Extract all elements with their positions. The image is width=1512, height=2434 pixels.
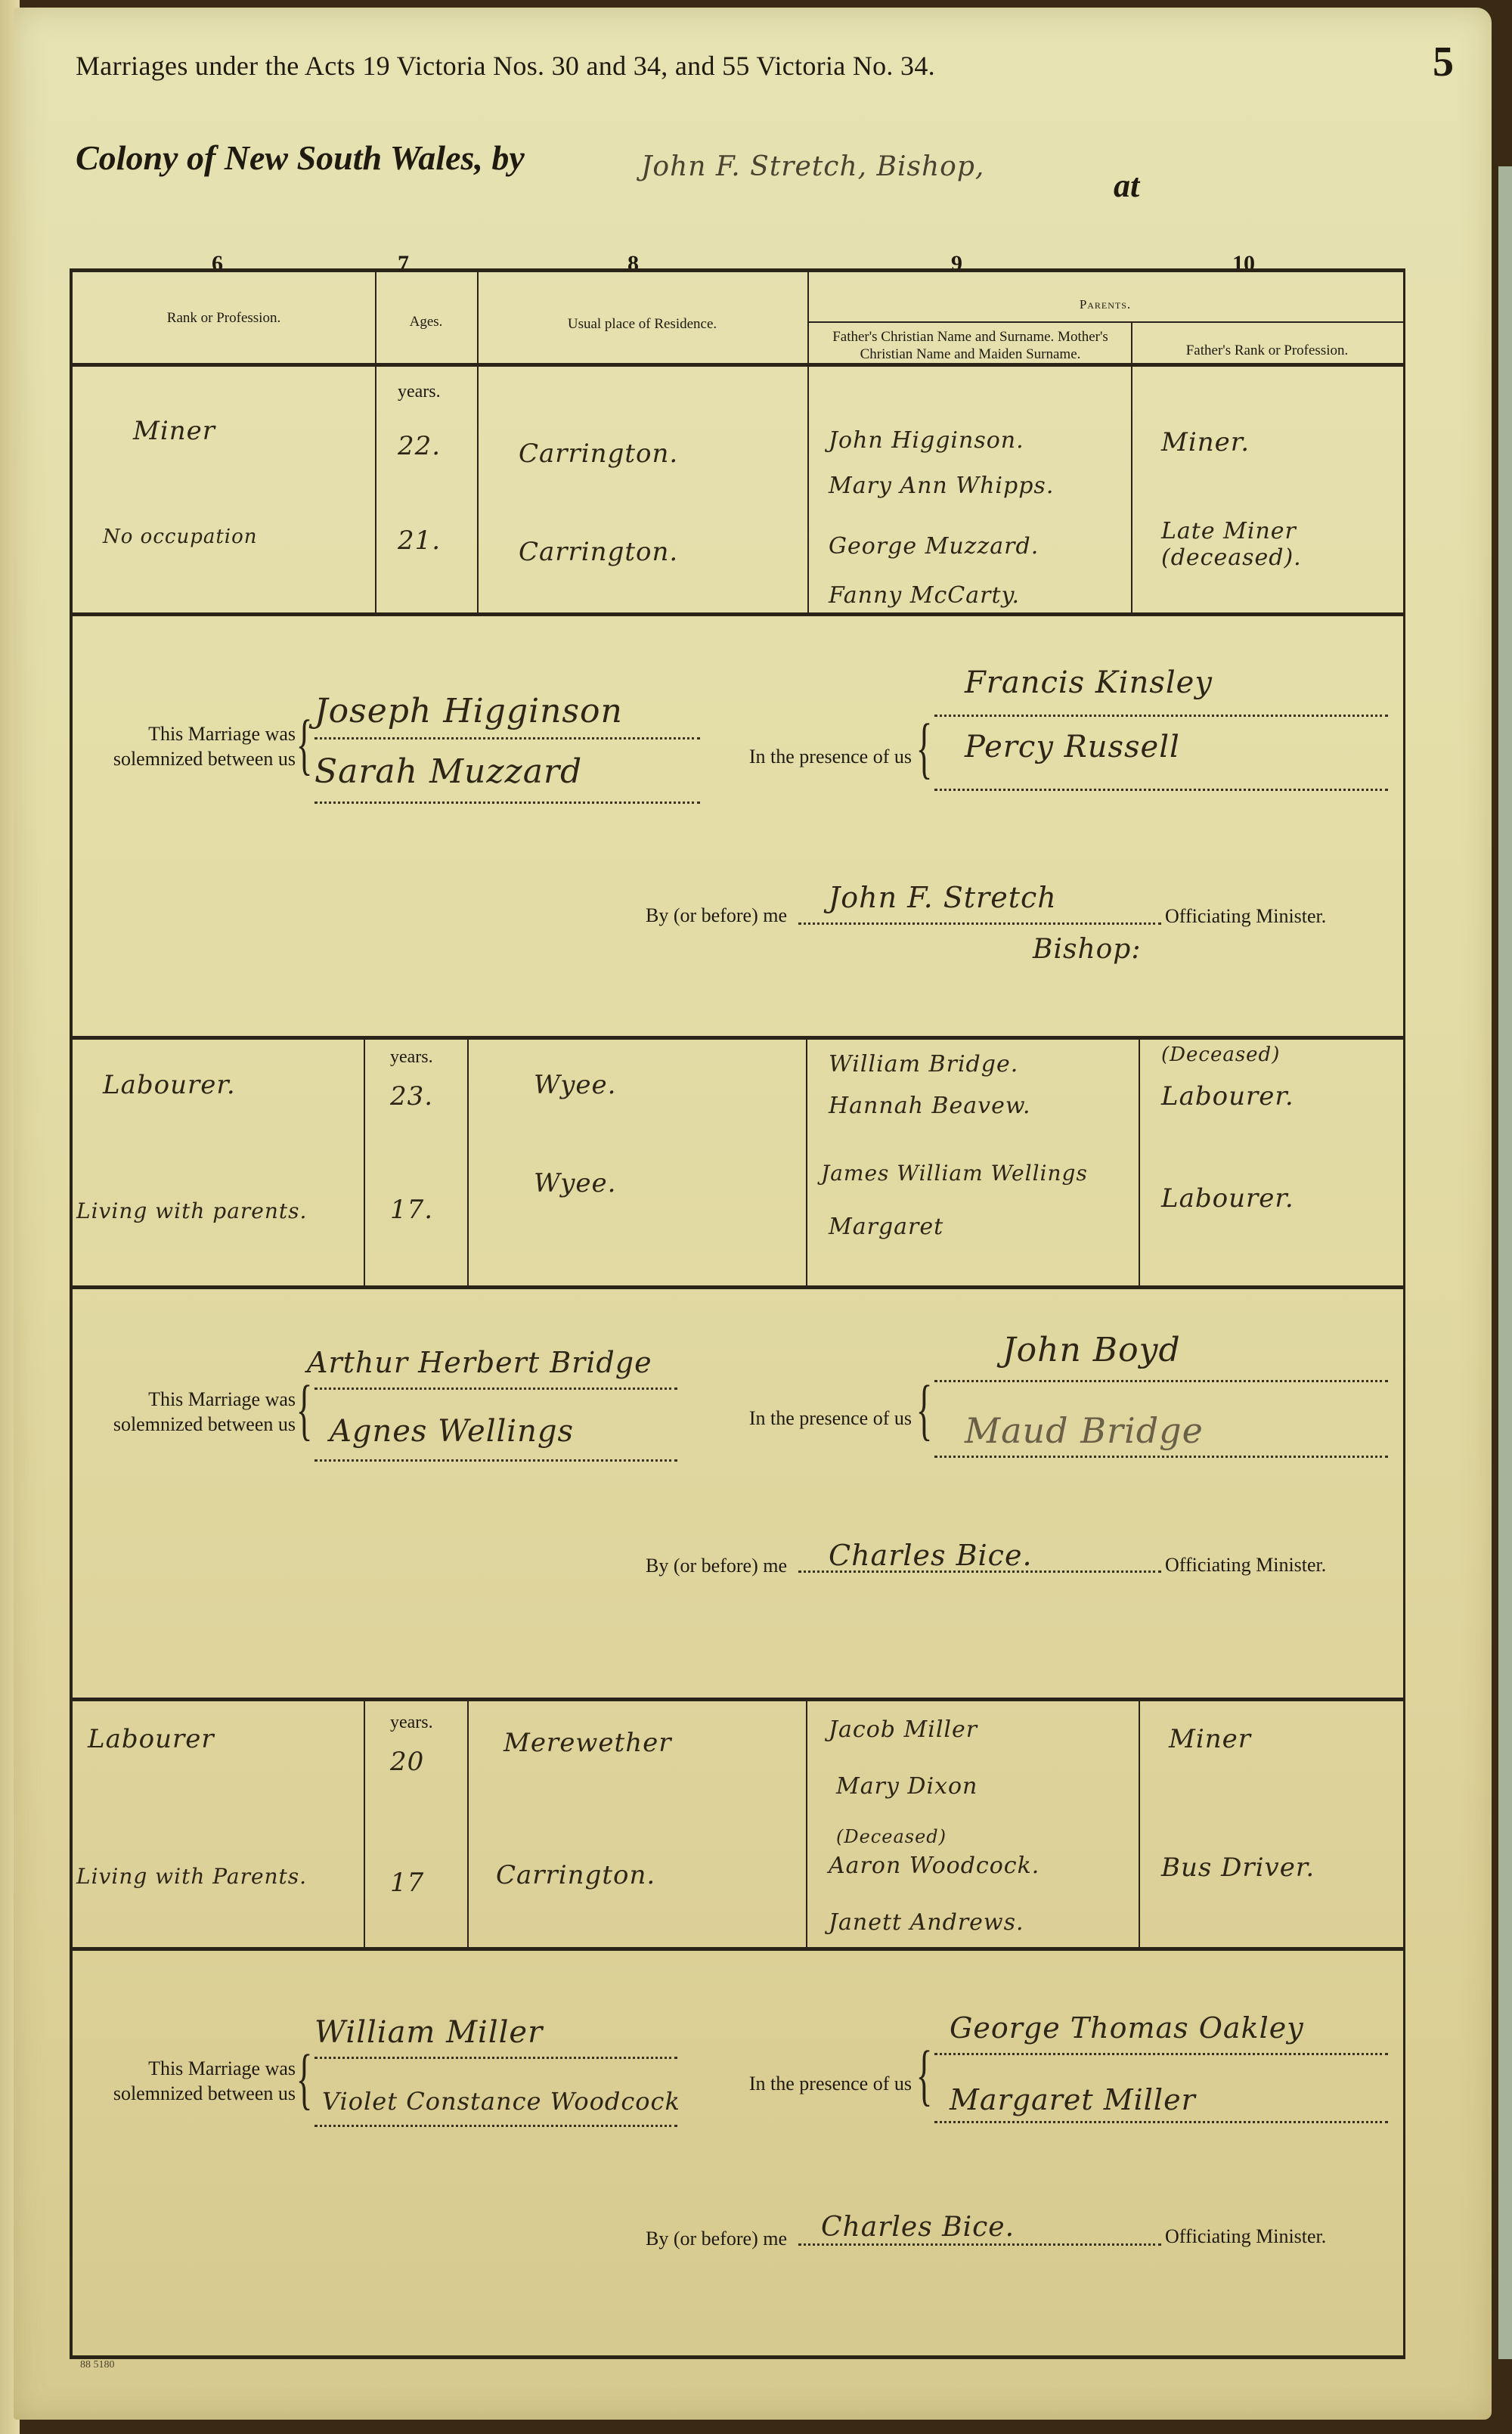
signature-line [314, 737, 700, 740]
signature-line [934, 789, 1388, 791]
bride-mother: Janett Andrews. [829, 1909, 1024, 1936]
groom-father-rank: Miner. [1161, 427, 1250, 457]
witness-2-signature: Percy Russell [965, 730, 1180, 764]
minister-signature: John F. Stretch [829, 881, 1057, 914]
groom-age: 22. [398, 431, 441, 461]
register-page: Marriages under the Acts 19 Victoria Nos… [14, 8, 1492, 2420]
column-divider [364, 1036, 365, 1285]
by-me-label: By (or before) me [496, 904, 787, 929]
signature-line [314, 1388, 677, 1390]
bride-mother: Fanny McCarty. [829, 582, 1020, 609]
signature-line [934, 1380, 1388, 1382]
solemnized-label: This Marriage was solemnized between us [73, 1388, 296, 1437]
solemnized-label: This Marriage was solemnized between us [73, 722, 296, 771]
rule [73, 363, 1403, 367]
by-me-label: By (or before) me [496, 1554, 787, 1579]
brace-icon: { [916, 715, 933, 783]
page-title: Marriages under the Acts 19 Victoria Nos… [76, 50, 935, 82]
bride-signature: Agnes Wellings [330, 1414, 574, 1449]
column-divider [1139, 1036, 1140, 1285]
column-divider [467, 1036, 469, 1285]
witness-1-signature: John Boyd [1002, 1331, 1181, 1369]
years-label: years. [390, 1047, 433, 1068]
bride-rank: Living with parents. [76, 1198, 307, 1223]
bride-father-rank: Late Miner (deceased). [1161, 518, 1388, 571]
bride-mother: Margaret [829, 1214, 943, 1240]
register-table: Rank or Profession. Ages. Usual place of… [70, 268, 1405, 2359]
presence-label: In the presence of us [738, 2072, 912, 2097]
solemnized-label: This Marriage was solemnized between us [73, 2057, 296, 2106]
witness-1-signature: George Thomas Oakley [950, 2011, 1304, 2045]
rule [73, 2355, 1403, 2359]
bride-signature: Violet Constance Woodcock [322, 2087, 680, 2116]
groom-residence: Carrington. [519, 439, 678, 469]
column-divider [1139, 1698, 1140, 1947]
rule [73, 1698, 1403, 1701]
signature-line [314, 1459, 677, 1462]
bride-father-rank: Bus Driver. [1161, 1853, 1315, 1883]
groom-rank: Miner [133, 416, 215, 446]
footer-print-code: 88 5180 [80, 2359, 115, 2371]
presence-label: In the presence of us [738, 1406, 912, 1431]
bride-rank: No occupation [103, 526, 258, 548]
minister-signature: Charles Bice. [829, 1539, 1033, 1572]
bride-residence: Wyee. [534, 1168, 616, 1198]
signature-line [798, 922, 1161, 925]
officiating-label: Officiating Minister. [1165, 2225, 1326, 2248]
groom-rank: Labourer [88, 1724, 215, 1754]
bride-father: Aaron Woodcock. [829, 1853, 1039, 1879]
column-divider [807, 268, 809, 612]
bride-father-note: (Deceased) [836, 1826, 947, 1847]
signature-line [314, 2125, 677, 2127]
signature-line [934, 2053, 1388, 2055]
column-divider [467, 1698, 469, 1947]
column-divider [806, 1698, 807, 1947]
signature-line [798, 1570, 1161, 1573]
groom-father: William Bridge. [829, 1051, 1018, 1077]
groom-signature: Arthur Herbert Bridge [307, 1346, 652, 1379]
header-parents: Parents. [807, 297, 1403, 312]
column-divider [806, 1036, 807, 1285]
officiating-label: Officiating Minister. [1165, 1554, 1326, 1577]
brace-icon: { [916, 1376, 933, 1444]
rule [73, 1285, 1403, 1289]
rule [73, 1947, 1403, 1951]
header-parents-names: Father's Christian Name and Surname. Mot… [817, 329, 1123, 364]
brace-icon: { [296, 1376, 313, 1444]
groom-signature: William Miller [314, 2015, 543, 2050]
header-rank: Rank or Profession. [88, 310, 360, 327]
background-strip [1498, 166, 1512, 2359]
signature-line [934, 1456, 1388, 1458]
witness-2-signature: Maud Bridge [965, 1410, 1204, 1451]
bride-age: 17 [390, 1868, 424, 1898]
signature-line [934, 2121, 1388, 2123]
brace-icon: { [296, 711, 313, 779]
brace-icon: { [916, 2042, 933, 2110]
brace-icon: { [296, 2045, 313, 2113]
signature-line [798, 2243, 1161, 2246]
column-divider [364, 1698, 365, 1947]
groom-residence: Merewether [503, 1728, 671, 1758]
groom-signature: Joseph Higginson [314, 692, 623, 730]
by-me-label: By (or before) me [496, 2227, 787, 2252]
officiant-handwritten: John F. Stretch, Bishop, [641, 151, 984, 182]
years-label: years. [398, 382, 441, 402]
groom-age: 23. [390, 1081, 433, 1112]
bride-rank: Living with Parents. [76, 1864, 307, 1889]
groom-father: Jacob Miller [829, 1716, 978, 1743]
bride-signature: Sarah Muzzard [314, 752, 582, 791]
minister-signature: Charles Bice. [821, 2212, 1015, 2243]
header-father-rank: Father's Rank or Profession. [1139, 343, 1396, 360]
groom-father-rank: Labourer. [1161, 1081, 1294, 1112]
groom-rank: Labourer. [103, 1070, 236, 1100]
groom-father-rank: Miner [1169, 1724, 1251, 1754]
bride-age: 21. [398, 526, 441, 556]
bride-residence: Carrington. [519, 537, 678, 567]
bride-age: 17. [390, 1195, 433, 1225]
rule [73, 268, 1403, 272]
groom-father: John Higginson. [829, 427, 1024, 454]
bride-father: George Muzzard. [829, 533, 1039, 560]
bride-father: James William Wellings [821, 1161, 1088, 1186]
colony-label: Colony of New South Wales, by [76, 138, 525, 178]
groom-age: 20 [390, 1747, 424, 1777]
at-label: at [1114, 166, 1139, 205]
header-residence: Usual place of Residence. [477, 316, 807, 333]
groom-residence: Wyee. [534, 1070, 616, 1100]
signature-line [314, 802, 700, 804]
signature-line [934, 715, 1388, 717]
witness-1-signature: Francis Kinsley [965, 665, 1213, 700]
officiating-label: Officiating Minister. [1165, 905, 1326, 928]
header-ages: Ages. [375, 314, 477, 331]
minister-title: Bishop: [1033, 934, 1141, 965]
presence-label: In the presence of us [738, 745, 912, 770]
rule [807, 321, 1403, 323]
groom-mother: Mary Dixon [836, 1773, 978, 1800]
signature-line [314, 2057, 677, 2059]
bride-residence: Carrington. [496, 1860, 655, 1890]
years-label: years. [390, 1713, 433, 1733]
rule [73, 1036, 1403, 1040]
groom-mother: Hannah Beavew. [829, 1093, 1030, 1119]
witness-2-signature: Margaret Miller [950, 2083, 1196, 2116]
page-number: 5 [1433, 38, 1454, 86]
rule [73, 612, 1403, 616]
bride-father-rank: Labourer. [1161, 1183, 1294, 1214]
groom-father-rank-note: (Deceased) [1161, 1043, 1280, 1066]
groom-mother: Mary Ann Whipps. [829, 473, 1054, 499]
